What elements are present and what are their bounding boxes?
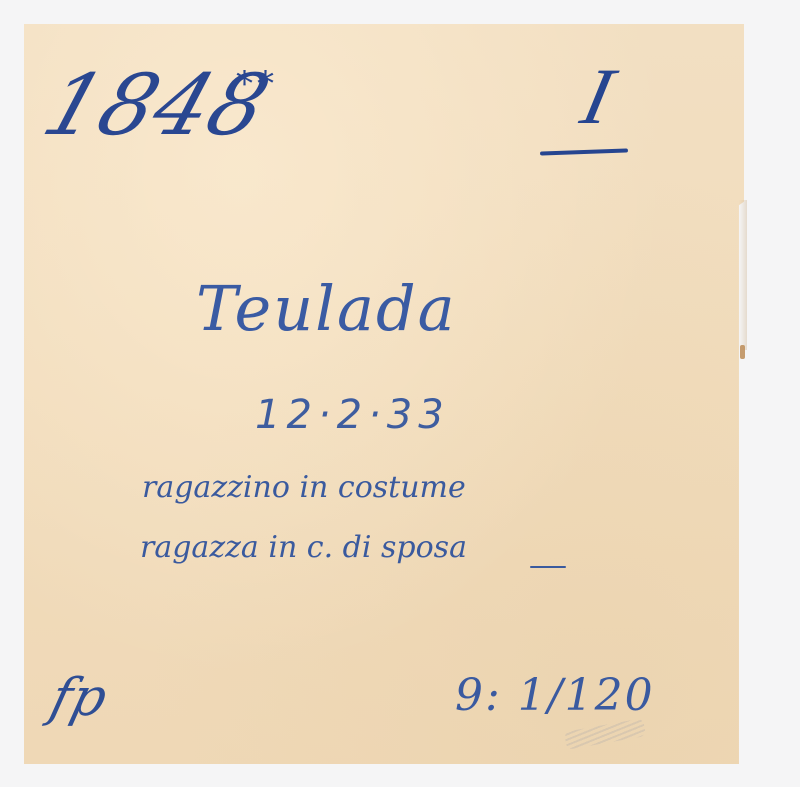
- date: 12·2·33: [255, 392, 450, 438]
- paper-edge-fold: [739, 200, 747, 350]
- place-name: Teulada: [196, 272, 457, 345]
- description-end-stroke: [530, 566, 566, 568]
- scan-background: 1848 ** I Teulada 12·2·33 ragazzino in c…: [0, 0, 800, 787]
- description-line-1: ragazzino in costume: [142, 470, 466, 505]
- catalog-star-marks: **: [236, 64, 278, 104]
- exposure-setting: 9: 1/120: [455, 670, 655, 721]
- paper-stain: [740, 345, 745, 359]
- description-line-2: ragazza in c. di sposa: [140, 530, 467, 565]
